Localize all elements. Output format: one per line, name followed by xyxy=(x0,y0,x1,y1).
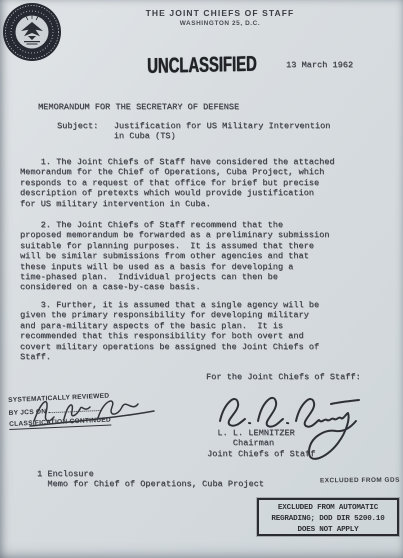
unclassified-stamp: UNCLASSIFIED xyxy=(147,53,257,80)
joint-chiefs-seal-icon xyxy=(1,2,63,64)
for-line: For the Joint Chiefs of Staff: xyxy=(206,372,361,382)
enclosure-block: 1 Enclosure Memo for Chief of Operations… xyxy=(37,469,264,490)
signature-typed-block: L. L. LEMNITZER Chairman Joint Chiefs of… xyxy=(207,428,315,459)
handwritten-date-scribble: 9 May 84 xyxy=(28,391,163,433)
paragraph-2: 2. The Joint Chiefs of Staff recommend t… xyxy=(20,220,329,293)
letterhead-org: THE JOINT CHIEFS OF STAFF xyxy=(80,8,360,18)
paragraph-3: 3. Further, it is assumed that a single … xyxy=(20,300,319,362)
paragraph-1: 1. The Joint Chiefs of Staff have consid… xyxy=(20,157,335,209)
regrading-stamp-line3: DOES NOT APPLY xyxy=(259,525,397,536)
subject-block: Subject: Justification for US Military I… xyxy=(57,121,330,142)
excluded-from-gds-stamp: EXCLUDED FROM GDS xyxy=(320,477,400,485)
date-line: 13 March 1962 xyxy=(286,60,353,70)
regrading-stamp-line1: EXCLUDED FROM AUTOMATIC xyxy=(259,503,397,514)
memo-to-line: MEMORANDUM FOR THE SECRETARY OF DEFENSE xyxy=(38,102,239,112)
memo-document-page: THE JOINT CHIEFS OF STAFF WASHINGTON 25,… xyxy=(0,0,403,558)
regrading-stamp-line2: REGRADING; DOD DIR 5200.10 xyxy=(259,514,397,525)
regrading-exclusion-stamp: EXCLUDED FROM AUTOMATIC REGRADING; DOD D… xyxy=(257,498,399,536)
letterhead-address: WASHINGTON 25, D.C. xyxy=(80,20,360,27)
